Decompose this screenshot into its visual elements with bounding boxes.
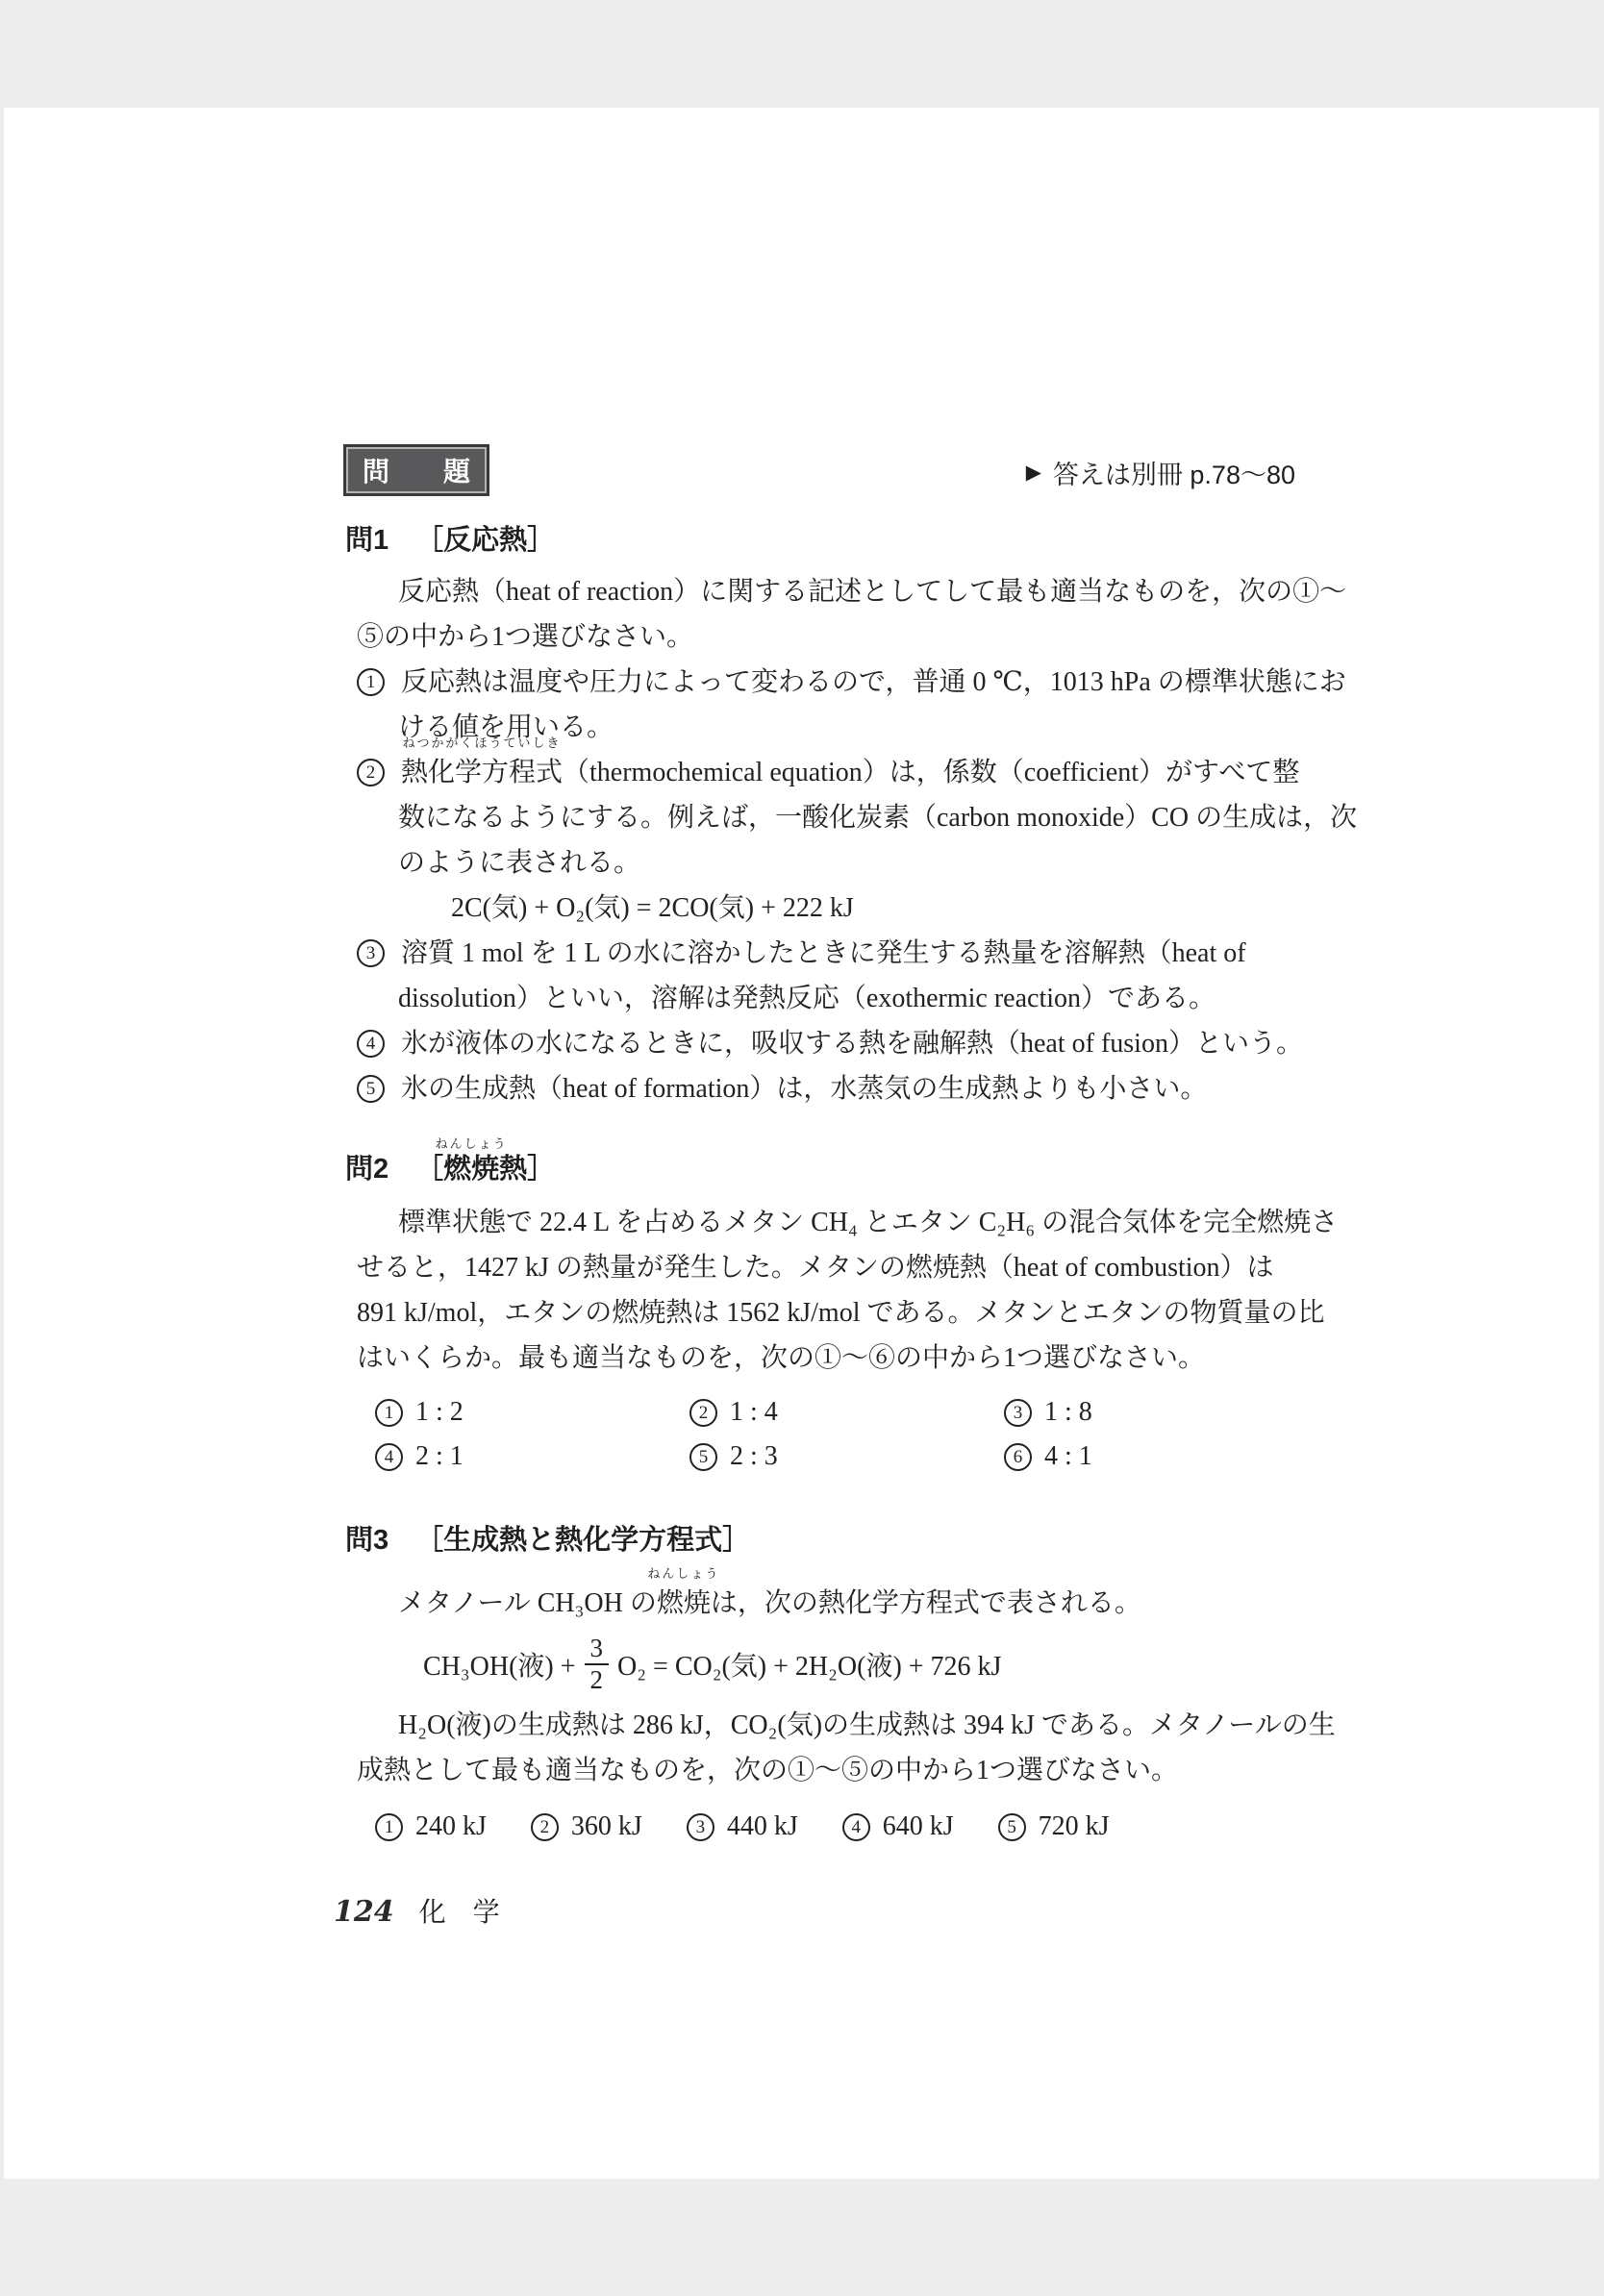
circle-number-marker: 3 xyxy=(687,1813,714,1841)
answer-option: 4 640 kJ xyxy=(842,1805,954,1849)
page-header: 問 題 ▶ 答えは別冊 p.78～80 xyxy=(343,444,1295,498)
answer-option: 1 1 : 2 xyxy=(375,1390,689,1435)
problem-1-body: 反応熱（heat of reaction）に関する記述としてして最も適当なものを… xyxy=(343,569,1295,1111)
ruby-base: 燃焼 xyxy=(443,1154,499,1185)
answer-option: 3 440 kJ xyxy=(687,1805,798,1849)
equation-right: O₂ = CO₂(気) + 2H₂O(液) + 726 kJ xyxy=(617,1645,1001,1684)
option-item-4: 4 氷が液体の水になるときに，吸収する熱を融解熱（heat of fusion）… xyxy=(357,1021,1295,1066)
problem-2-title: ［ねんしょう燃焼熱］ xyxy=(415,1150,555,1188)
answer-option: 2 360 kJ xyxy=(531,1805,642,1849)
fraction-denominator: 2 xyxy=(585,1663,610,1695)
text-line: はいくらか。最も適当なものを，次の①～⑥の中から1つ選びなさい。 xyxy=(357,1335,1295,1381)
text-line: 標準状態で 22.4 L を占めるメタン CH₄ とエタン C₂H₆ の混合気体… xyxy=(357,1200,1295,1245)
page-content: 問 題 ▶ 答えは別冊 p.78～80 問1 ［反応熱］ 反応熱（heat of… xyxy=(343,444,1295,1930)
problem-3-body: メタノール CH₃OH のねんしょう燃焼は，次の熱化学方程式で表される。 CH₃… xyxy=(343,1581,1295,1849)
problem-header-box: 問 題 xyxy=(343,444,489,496)
option-value: 360 kJ xyxy=(571,1805,642,1849)
option-value: 4 : 1 xyxy=(1044,1435,1092,1479)
text-line: dissolution）といい，溶解は発熱反応（exothermic react… xyxy=(357,976,1295,1021)
text-segment: メタノール CH₃OH の xyxy=(398,1588,657,1618)
answer-option: 3 1 : 8 xyxy=(1004,1390,1318,1435)
option-item-2: 2 ねつかがくほうていしき熱化学方程式（thermochemical equat… xyxy=(357,750,1295,795)
furigana: ねんしょう xyxy=(436,1137,508,1150)
circle-number-marker: 6 xyxy=(1004,1443,1032,1471)
text-line: 氷の生成熱（heat of formation）は，水蒸気の生成熱よりも小さい。 xyxy=(401,1066,1207,1111)
ruby-base: 熱化学方程式 xyxy=(401,758,563,787)
problem-1-label: 問1 xyxy=(345,521,388,560)
fraction: 3 2 xyxy=(585,1635,610,1694)
text-line: 反応熱は温度や圧力によって変わるので，普通 0 ℃，1013 hPa の標準状態… xyxy=(401,660,1346,705)
answer-option: 5 2 : 3 xyxy=(689,1435,1004,1479)
circle-number-marker: 3 xyxy=(357,939,385,967)
text-line: 氷が液体の水になるときに，吸収する熱を融解熱（heat of fusion）とい… xyxy=(401,1021,1303,1066)
text-line: H₂O(液)の生成熱は 286 kJ，CO₂(気)の生成熱は 394 kJ であ… xyxy=(357,1703,1295,1748)
answer-option: 4 2 : 1 xyxy=(375,1435,689,1479)
ruby-term: ねんしょう燃焼 xyxy=(657,1581,711,1626)
page-number: 124 xyxy=(334,1895,394,1929)
problem-header-label: 問 題 xyxy=(349,451,484,489)
equation-left: CH₃OH(液) + xyxy=(423,1645,576,1684)
option-item-5: 5 氷の生成熱（heat of formation）は，水蒸気の生成熱よりも小さ… xyxy=(357,1066,1295,1111)
options-row: 4 2 : 1 5 2 : 3 6 4 : 1 xyxy=(357,1435,1295,1479)
textbook-page: { "colors": { "page_background": "#edede… xyxy=(0,0,1604,2296)
answers-arrow-icon: ▶ xyxy=(1026,462,1041,483)
furigana: ねんしょう xyxy=(647,1567,719,1580)
answers-note: ▶ 答えは別冊 p.78～80 xyxy=(1026,454,1295,491)
problem-2-heading: 問2 ［ねんしょう燃焼熱］ xyxy=(345,1150,1295,1188)
text-line: 数になるようにする。例えば，一酸化炭素（carbon monoxide）CO の… xyxy=(357,795,1295,840)
ruby-term: ねんしょう燃焼 xyxy=(443,1150,499,1188)
page-footer: 124 化 学 xyxy=(334,1891,1295,1930)
text-line: せると，1427 kJ の熱量が発生した。メタンの燃焼熱（heat of com… xyxy=(357,1245,1295,1290)
thermochemical-equation: CH₃OH(液) + 3 2 O₂ = CO₂(気) + 2H₂O(液) + 7… xyxy=(357,1626,1295,1703)
problem-3-title: ［生成熱と熱化学方程式］ xyxy=(415,1521,750,1560)
text-line: 成熱として最も適当なものを，次の①～⑤の中から1つ選びなさい。 xyxy=(357,1748,1295,1793)
answers-note-text: 答えは別冊 p.78～80 xyxy=(1053,454,1295,491)
option-item-3: 3 溶質 1 mol を 1 L の水に溶かしたときに発生する熱量を溶解熱（he… xyxy=(357,931,1295,976)
option-value: 440 kJ xyxy=(727,1805,798,1849)
text-segment: は，次の熱化学方程式で表される。 xyxy=(711,1588,1141,1618)
text-line: ⑤の中から1つ選びなさい。 xyxy=(357,614,1295,660)
option-value: 1 : 4 xyxy=(730,1390,778,1435)
option-value: 720 kJ xyxy=(1039,1805,1110,1849)
text-line: メタノール CH₃OH のねんしょう燃焼は，次の熱化学方程式で表される。 xyxy=(357,1581,1295,1626)
circle-number-marker: 1 xyxy=(375,1399,403,1427)
option-value: 2 : 1 xyxy=(415,1435,464,1479)
problem-3-options: 1 240 kJ 2 360 kJ 3 440 kJ 4 640 kJ 5 xyxy=(357,1805,1295,1849)
problem-3-label: 問3 xyxy=(345,1521,388,1560)
text-segment: 熱］ xyxy=(499,1154,555,1185)
subject-label: 化 学 xyxy=(419,1891,500,1930)
text-line: のように表される。 xyxy=(357,840,1295,886)
circle-number-marker: 2 xyxy=(531,1813,559,1841)
text-line: 溶質 1 mol を 1 L の水に溶かしたときに発生する熱量を溶解熱（heat… xyxy=(401,931,1246,976)
answer-option: 2 1 : 4 xyxy=(689,1390,1004,1435)
problem-1-heading: 問1 ［反応熱］ xyxy=(345,521,1295,560)
answer-option: 6 4 : 1 xyxy=(1004,1435,1318,1479)
fraction-numerator: 3 xyxy=(585,1635,610,1663)
furigana: ねつかがくほうていしき xyxy=(402,736,561,749)
circle-number-marker: 5 xyxy=(998,1813,1026,1841)
circle-number-marker: 1 xyxy=(375,1813,403,1841)
problem-2-options: 1 1 : 2 2 1 : 4 3 1 : 8 4 2 : 1 xyxy=(357,1390,1295,1479)
option-value: 240 kJ xyxy=(415,1805,487,1849)
answer-option: 1 240 kJ xyxy=(375,1805,487,1849)
circle-number-marker: 5 xyxy=(357,1075,385,1103)
option-item-1: 1 反応熱は温度や圧力によって変わるので，普通 0 ℃，1013 hPa の標準… xyxy=(357,660,1295,705)
option-value: 2 : 3 xyxy=(730,1435,778,1479)
circle-number-marker: 5 xyxy=(689,1443,717,1471)
problem-2-body: 標準状態で 22.4 L を占めるメタン CH₄ とエタン C₂H₆ の混合気体… xyxy=(343,1200,1295,1479)
circle-number-marker: 3 xyxy=(1004,1399,1032,1427)
text-segment: （thermochemical equation）は，係数（coefficien… xyxy=(563,758,1299,787)
text-line: 反応熱（heat of reaction）に関する記述としてして最も適当なものを… xyxy=(357,569,1295,614)
ruby-term: ねつかがくほうていしき熱化学方程式 xyxy=(401,750,563,795)
option-value: 1 : 8 xyxy=(1044,1390,1092,1435)
circle-number-marker: 4 xyxy=(842,1813,870,1841)
circle-number-marker: 1 xyxy=(357,668,385,696)
option-value: 1 : 2 xyxy=(415,1390,464,1435)
circle-number-marker: 2 xyxy=(689,1399,717,1427)
problem-2-label: 問2 xyxy=(345,1150,388,1188)
thermochemical-equation: 2C(気) + O₂(気) = 2CO(気) + 222 kJ xyxy=(357,886,1295,931)
circle-number-marker: 2 xyxy=(357,759,385,786)
option-value: 640 kJ xyxy=(883,1805,954,1849)
text-segment: ［ xyxy=(415,1154,443,1185)
paper-page: 問 題 ▶ 答えは別冊 p.78～80 問1 ［反応熱］ 反応熱（heat of… xyxy=(4,108,1599,2179)
text-line: 891 kJ/mol，エタンの燃焼熱は 1562 kJ/mol である。メタンと… xyxy=(357,1290,1295,1335)
circle-number-marker: 4 xyxy=(375,1443,403,1471)
problem-3-heading: 問3 ［生成熱と熱化学方程式］ xyxy=(345,1521,1295,1560)
circle-number-marker: 4 xyxy=(357,1030,385,1058)
answer-option: 5 720 kJ xyxy=(998,1805,1110,1849)
ruby-base: 燃焼 xyxy=(657,1588,711,1618)
problem-1-title: ［反応熱］ xyxy=(415,521,555,560)
text-line: ねつかがくほうていしき熱化学方程式（thermochemical equatio… xyxy=(401,750,1299,795)
options-row: 1 1 : 2 2 1 : 4 3 1 : 8 xyxy=(357,1390,1295,1435)
